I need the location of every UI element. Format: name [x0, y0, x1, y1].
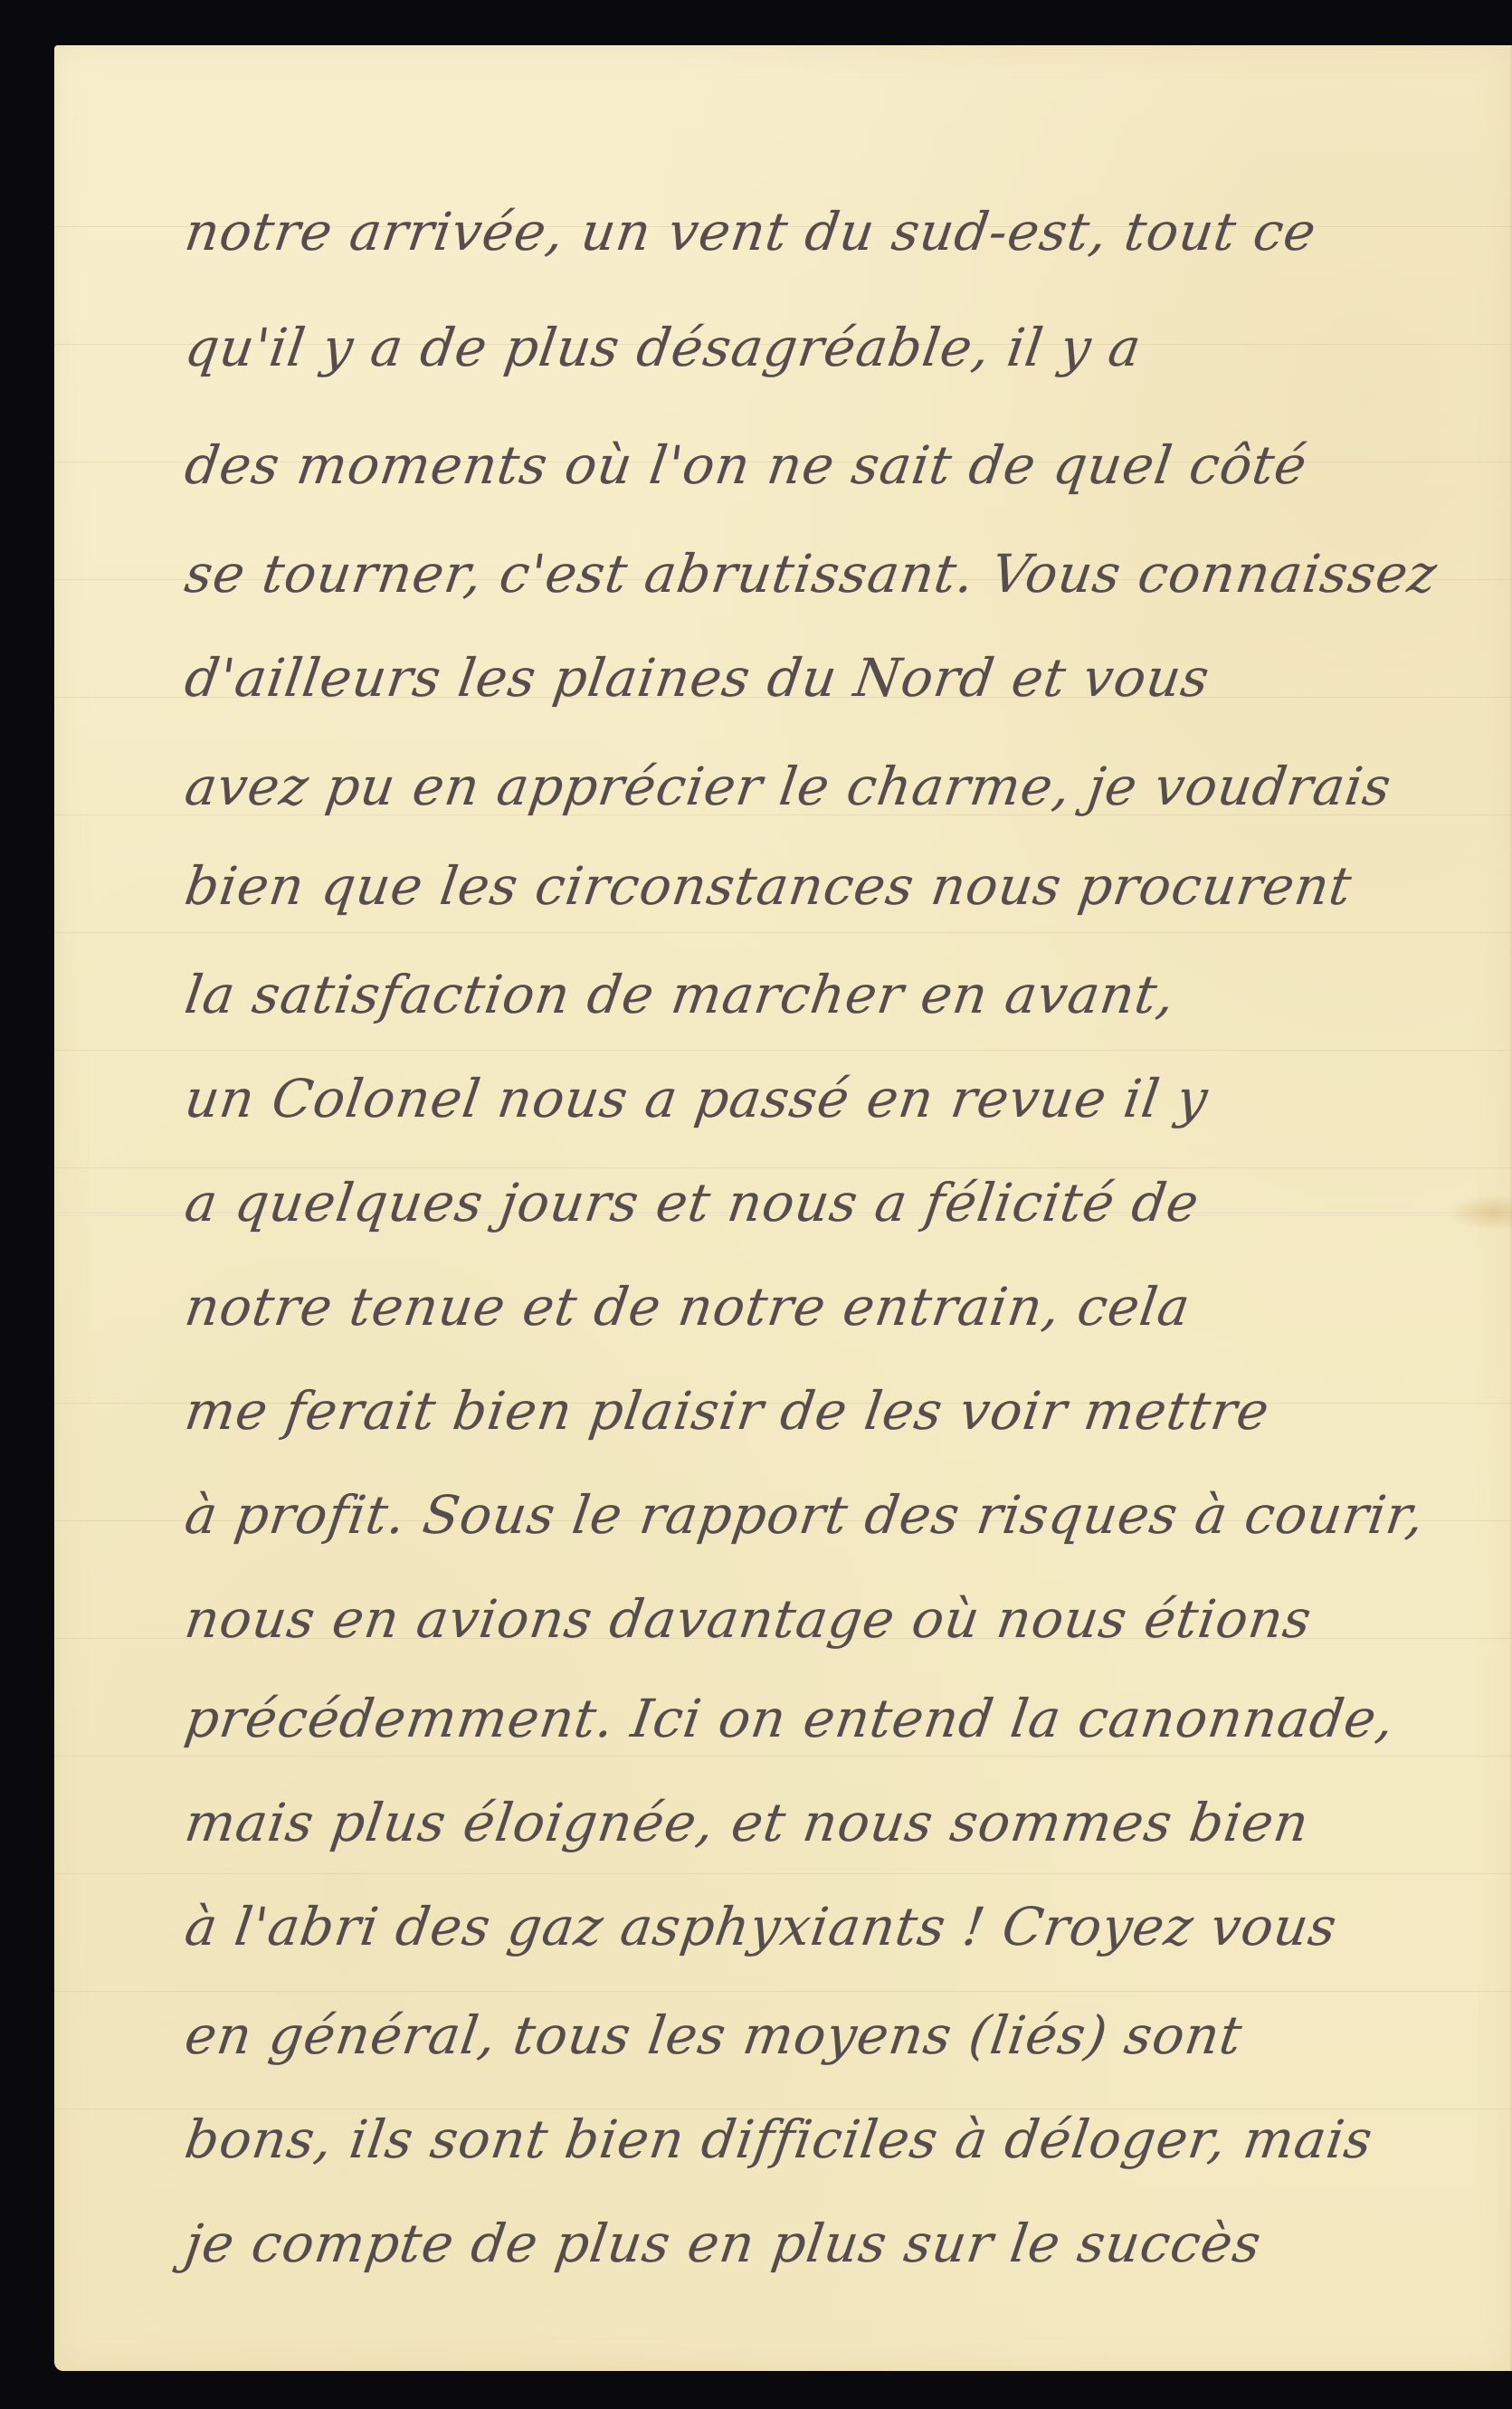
fold-stain: [1449, 1195, 1512, 1231]
handwritten-line: je compte de plus en plus sur le succès: [181, 2213, 1265, 2274]
handwritten-line: bons, ils sont bien difficiles à déloger…: [181, 2109, 1376, 2170]
handwritten-line: mais plus éloignée, et nous sommes bien: [181, 1792, 1313, 1853]
scanned-letter-page: notre arrivée, un vent du sud-est, tout …: [0, 0, 1512, 2409]
handwritten-line: bien que les circonstances nous procuren…: [181, 855, 1355, 917]
handwritten-line: à l'abri des gaz asphyxiants ! Croyez vo…: [181, 1896, 1341, 1957]
handwritten-line: nous en avions davantage où nous étions: [181, 1588, 1316, 1650]
handwritten-line: me ferait bien plaisir de les voir mettr…: [181, 1380, 1273, 1442]
handwritten-line: en général, tous les moyens (liés) sont: [181, 2004, 1246, 2066]
ruled-line: [54, 1167, 1512, 1168]
handwritten-line: avez pu en apprécier le charme, je voudr…: [181, 756, 1395, 817]
ruled-line: [54, 1991, 1512, 1992]
handwritten-line: la satisfaction de marcher en avant,: [181, 964, 1179, 1025]
handwritten-line: notre arrivée, un vent du sud-est, tout …: [181, 201, 1320, 262]
ruled-line: [54, 932, 1512, 933]
handwritten-line: à profit. Sous le rapport des risques à …: [181, 1484, 1429, 1546]
handwritten-line: d'ailleurs les plaines du Nord et vous: [181, 647, 1213, 709]
ruled-line: [54, 1873, 1512, 1874]
ruled-line: [54, 1050, 1512, 1051]
handwritten-line: a quelques jours et nous a félicité de: [181, 1172, 1203, 1233]
handwritten-line: qu'il y a de plus désagréable, il y a: [181, 317, 1146, 378]
handwritten-line: des moments où l'on ne sait de quel côté: [181, 434, 1311, 496]
handwritten-line: notre tenue et de notre entrain, cela: [181, 1276, 1194, 1338]
handwritten-line: un Colonel nous a passé en revue il y: [181, 1068, 1212, 1129]
handwritten-line: se tourner, c'est abrutissant. Vous conn…: [181, 543, 1441, 605]
handwritten-line: précédemment. Ici on entend la canonnade…: [181, 1688, 1398, 1749]
ruled-line: [54, 1756, 1512, 1757]
